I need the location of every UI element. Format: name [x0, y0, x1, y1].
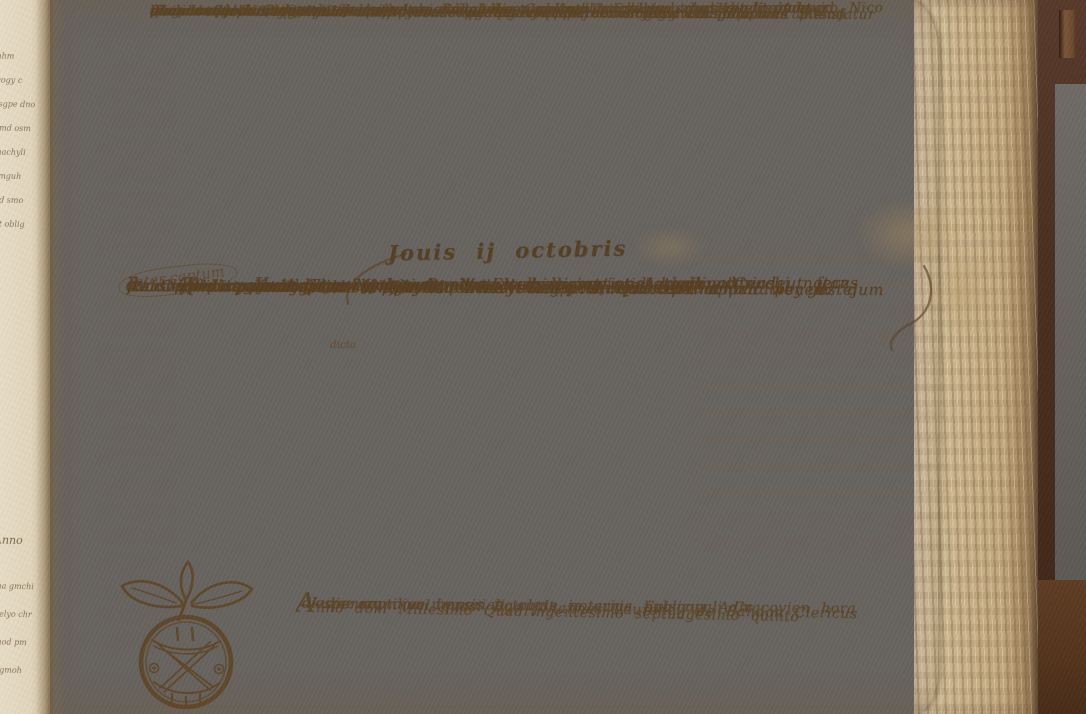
manuscript-photo: mhm wogy c ysgpe dno gmd osm machyli zmg…	[0, 0, 1086, 714]
binding-slot	[1059, 10, 1076, 58]
interlinear-insertion: dicta	[330, 339, 356, 351]
sprout-orb-drawing	[102, 556, 270, 714]
gutter-shadow	[36, 0, 66, 714]
wood-table-edge	[1038, 580, 1086, 714]
manuscript-line: lao de Cartheimcz licenciato in decretis…	[150, 1, 764, 25]
date-heading: Jouis ij octobris	[388, 235, 628, 265]
pen-flourish-icon	[880, 262, 940, 352]
manuscript-line: di	[302, 592, 317, 617]
manuscript-line: kurczuen dioc Imperiali aucte notarius p…	[312, 592, 753, 621]
grey-background	[1055, 84, 1086, 584]
